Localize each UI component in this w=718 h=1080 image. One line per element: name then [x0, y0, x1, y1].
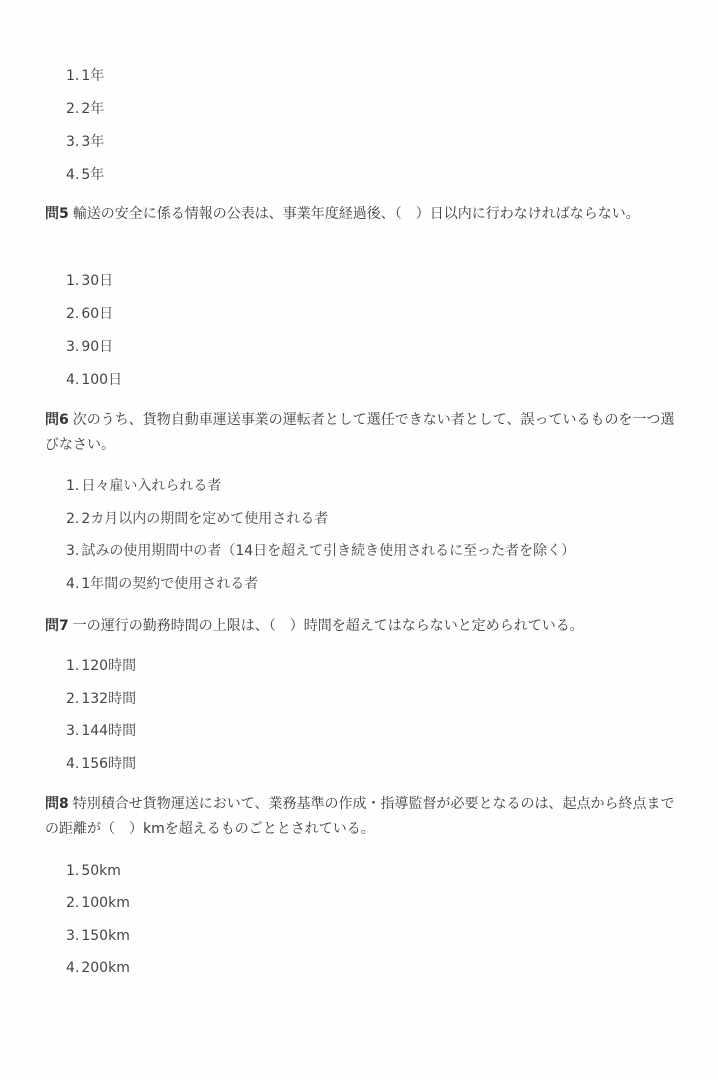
option-text: 200km	[81, 960, 129, 976]
option-number: 1.	[66, 478, 79, 494]
question-label: 問8	[45, 796, 69, 812]
q7-option-4[interactable]: 4.156時間	[66, 754, 136, 774]
option-number: 2.	[66, 306, 79, 322]
option-number: 4.	[66, 960, 79, 976]
question-8: 問8特別積合せ貨物運送において、業務基準の作成・指導監督が必要となるのは、起点か…	[45, 792, 675, 842]
option-number: 4.	[66, 576, 79, 592]
question-7: 問7一の運行の勤務時間の上限は、（ ）時間を超えてはならないと定められている。	[45, 614, 675, 639]
option-text: 150km	[81, 928, 129, 944]
option-text: 5年	[81, 167, 104, 183]
option-text: 1年	[81, 68, 104, 84]
q5-option-3[interactable]: 3.90日	[66, 337, 113, 357]
prev-option-3[interactable]: 3.3年	[66, 132, 104, 152]
q7-option-3[interactable]: 3.144時間	[66, 721, 136, 741]
option-text: 1年間の契約で使用される者	[81, 576, 258, 592]
question-5: 問5輸送の安全に係る情報の公表は、事業年度経過後、（ ）日以内に行わなければなら…	[45, 202, 675, 227]
question-text: 輸送の安全に係る情報の公表は、事業年度経過後、（ ）日以内に行わなければならない…	[73, 206, 640, 222]
option-text: 60日	[81, 306, 113, 322]
prev-option-1[interactable]: 1.1年	[66, 66, 104, 86]
q6-option-4[interactable]: 4.1年間の契約で使用される者	[66, 574, 258, 594]
q8-option-2[interactable]: 2.100km	[66, 893, 130, 913]
option-text: 90日	[81, 339, 113, 355]
option-number: 2.	[66, 101, 79, 117]
q7-option-1[interactable]: 1.120時間	[66, 656, 136, 676]
q6-option-1[interactable]: 1.日々雇い入れられる者	[66, 476, 221, 496]
option-text: 100日	[81, 372, 122, 388]
option-text: 156時間	[81, 756, 136, 772]
option-number: 1.	[66, 273, 79, 289]
option-number: 1.	[66, 863, 79, 879]
q5-option-2[interactable]: 2.60日	[66, 304, 113, 324]
q6-option-3[interactable]: 3.試みの使用期間中の者（14日を超えて引き続き使用されるに至った者を除く）	[66, 541, 575, 561]
option-text: 144時間	[81, 723, 136, 739]
question-text: 一の運行の勤務時間の上限は、（ ）時間を超えてはならないと定められている。	[73, 618, 584, 634]
option-number: 2.	[66, 895, 79, 911]
option-text: 132時間	[81, 691, 136, 707]
option-number: 3.	[66, 723, 79, 739]
question-label: 問6	[45, 412, 69, 428]
option-number: 1.	[66, 658, 79, 674]
prev-option-2[interactable]: 2.2年	[66, 99, 104, 119]
prev-option-4[interactable]: 4.5年	[66, 165, 104, 185]
question-label: 問5	[45, 206, 69, 222]
option-text: 120時間	[81, 658, 136, 674]
option-number: 4.	[66, 756, 79, 772]
option-text: 50km	[81, 863, 121, 879]
option-number: 3.	[66, 134, 79, 150]
q7-option-2[interactable]: 2.132時間	[66, 689, 136, 709]
option-number: 2.	[66, 691, 79, 707]
option-number: 2.	[66, 511, 79, 527]
option-text: 2年	[81, 101, 104, 117]
q8-option-1[interactable]: 1.50km	[66, 861, 121, 881]
question-label: 問7	[45, 618, 69, 634]
q5-option-1[interactable]: 1.30日	[66, 271, 113, 291]
q8-option-3[interactable]: 3.150km	[66, 926, 130, 946]
option-text: 日々雇い入れられる者	[81, 478, 221, 494]
option-text: 試みの使用期間中の者（14日を超えて引き続き使用されるに至った者を除く）	[81, 543, 575, 559]
option-number: 3.	[66, 928, 79, 944]
option-number: 3.	[66, 543, 79, 559]
q5-option-4[interactable]: 4.100日	[66, 370, 122, 390]
option-text: 30日	[81, 273, 113, 289]
question-text: 次のうち、貨物自動車運送事業の運転者として選任できない者として、誤っているものを…	[45, 412, 674, 453]
q8-option-4[interactable]: 4.200km	[66, 958, 130, 978]
question-6: 問6次のうち、貨物自動車運送事業の運転者として選任できない者として、誤っているも…	[45, 408, 675, 458]
question-text: 特別積合せ貨物運送において、業務基準の作成・指導監督が必要となるのは、起点から終…	[45, 796, 674, 837]
option-text: 3年	[81, 134, 104, 150]
option-number: 4.	[66, 167, 79, 183]
option-text: 2カ月以内の期間を定めて使用される者	[81, 511, 328, 527]
option-number: 4.	[66, 372, 79, 388]
q6-option-2[interactable]: 2.2カ月以内の期間を定めて使用される者	[66, 509, 328, 529]
option-number: 1.	[66, 68, 79, 84]
option-number: 3.	[66, 339, 79, 355]
option-text: 100km	[81, 895, 129, 911]
